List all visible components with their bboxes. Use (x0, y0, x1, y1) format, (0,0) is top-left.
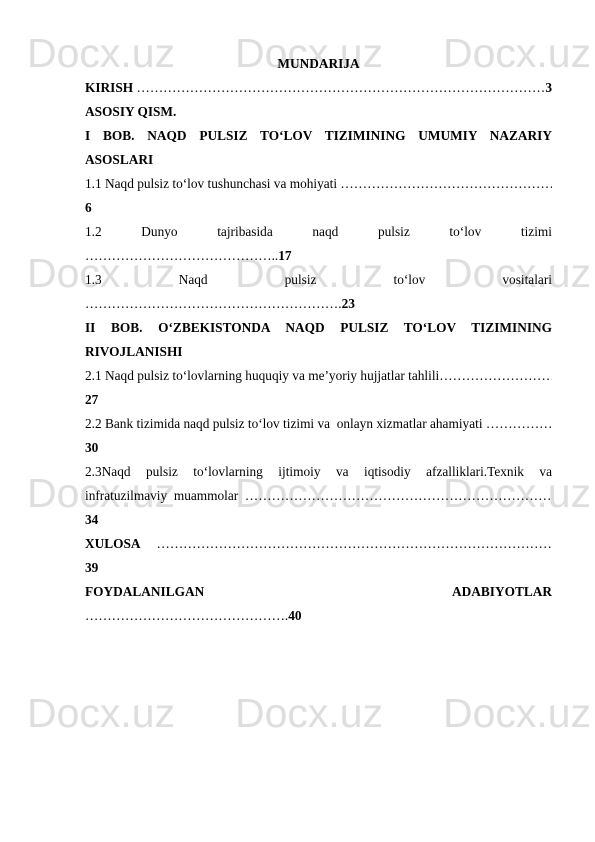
toc-leader-dots: …………………………………………………………………………………………………… (245, 484, 552, 508)
toc-entry-1-3[interactable]: 1.3 Naqd pulsiz to‘lov vositalari (85, 268, 552, 292)
toc-leader-dots: ………………………………………. (85, 608, 288, 623)
toc-page-number: 34 (85, 508, 552, 532)
toc-entry-label: 1.1 Naqd pulsiz to‘lov tushunchasi va mo… (85, 172, 340, 196)
toc-page-number: 40 (288, 608, 301, 623)
watermark: Docx.uz (443, 693, 591, 734)
toc-entry-xulosa[interactable]: XULOSA ………………………………………………………………………………………… (85, 532, 552, 556)
toc-page-number: 6 (85, 196, 552, 220)
toc-entry-label: KIRISH (85, 76, 136, 100)
toc-entry-2-2[interactable]: 2.2 Bank tizimida naqd pulsiz to‘lov tiz… (85, 412, 552, 436)
toc-entry-2-3[interactable]: 2.3Naqd pulsiz to‘lovlarning ijtimoiy va… (85, 460, 552, 484)
toc-leader-dots: …………………………………………………. (85, 296, 342, 311)
toc-entry-kirish[interactable]: KIRISH ………………………………………………………………………………………… (85, 76, 552, 100)
toc-entry-1-2[interactable]: 1.2 Dunyo tajribasida naqd pulsiz to‘lov… (85, 220, 552, 244)
toc-leader-dots: …………………………………………………………………………………………………… (439, 364, 552, 388)
toc-page-number: 3 (545, 76, 552, 100)
toc-entry-1-3-page: ………………………………………………….23 (85, 292, 552, 316)
toc-entry-adabiyotlar[interactable]: FOYDALANILGAN ADABIYOTLAR (85, 580, 552, 604)
toc-page-number: 17 (278, 248, 291, 263)
toc-chapter-1-heading[interactable]: I BOB. NAQD PULSIZ TO‘LOV TIZIMINING UMU… (85, 124, 552, 148)
toc-entry-label: infratuzilmaviy muammolar (85, 484, 245, 508)
toc-entry-label: 2.2 Bank tizimida naqd pulsiz to‘lov tiz… (85, 412, 486, 436)
table-of-contents: MUNDARIJA KIRISH ……………………………………………………………… (85, 52, 552, 628)
toc-page-number: 30 (85, 436, 552, 460)
toc-entry-label: XULOSA (85, 532, 156, 556)
toc-page-number: 23 (342, 296, 355, 311)
toc-page-number: 27 (85, 388, 552, 412)
watermark: Docx.uz (235, 693, 383, 734)
toc-leader-dots: …………………………………………………………………………………………………… (156, 532, 552, 556)
toc-chapter-2-heading-cont[interactable]: RIVOJLANISHI (85, 340, 552, 364)
toc-leader-dots: …………………………………………………………………………………………………… (340, 172, 552, 196)
watermark: Docx.uz (27, 693, 175, 734)
toc-title: MUNDARIJA (85, 52, 552, 76)
toc-leader-dots: …………………………………………………………………………………………………… (136, 76, 545, 100)
toc-chapter-1-heading-cont[interactable]: ASOSLARI (85, 148, 552, 172)
toc-page-number: 39 (85, 556, 552, 580)
toc-leader-dots: …………………………………………………………………………………………………… (486, 412, 552, 436)
toc-entry-1-1[interactable]: 1.1 Naqd pulsiz to‘lov tushunchasi va mo… (85, 172, 552, 196)
toc-chapter-2-heading[interactable]: II BOB. O‘ZBEKISTONDA NAQD PULSIZ TO‘LOV… (85, 316, 552, 340)
toc-entry-label: 2.1 Naqd pulsiz to‘lovlarning huquqiy va… (85, 364, 439, 388)
toc-entry-adabiyotlar-page: ……………………………………….40 (85, 604, 552, 628)
toc-entry-1-2-page: ……………………………………..17 (85, 244, 552, 268)
toc-entry-2-1[interactable]: 2.1 Naqd pulsiz to‘lovlarning huquqiy va… (85, 364, 552, 388)
toc-section-heading: ASOSIY QISM. (85, 100, 552, 124)
toc-entry-2-3-cont[interactable]: infratuzilmaviy muammolar ……………………………………… (85, 484, 552, 508)
toc-leader-dots: …………………………………….. (85, 248, 278, 263)
